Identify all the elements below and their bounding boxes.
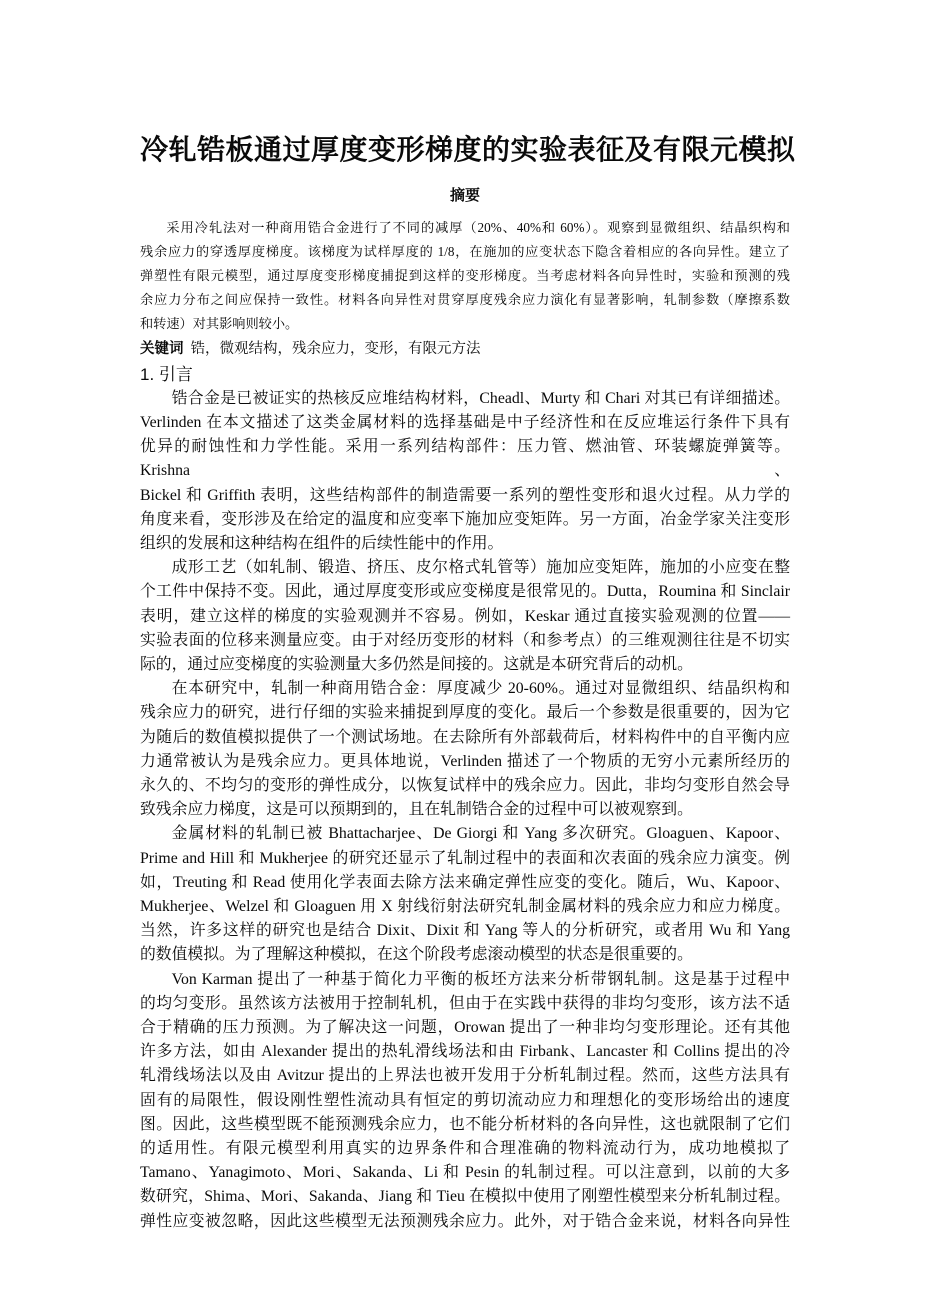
body-text-line: 个工件中保持不变。因此，通过厚度变形或应变梯度是很常见的。Dutta，Roumi…	[140, 580, 790, 604]
body-text-line: 际的，通过应变梯度的实验测量大多仍然是间接的。这就是本研究背后的动机。	[140, 653, 790, 677]
body-text-line: 合于精确的压力预测。为了解决这一问题，Orowan 提出了一种非均匀变形理论。还…	[140, 1016, 790, 1040]
body-text-line: 成形工艺（如轧制、锻造、挤压、皮尔格式轧管等）施加应变矩阵，施加的小应变在整	[140, 556, 790, 580]
abstract-line: 余应力分布之间应保持一致性。材料各向异性对贯穿厚度残余应力演化有显著影响，轧制参…	[140, 288, 790, 312]
body-text-line: 在本研究中，轧制一种商用锆合金：厚度减少 20-60%。通过对显微组织、结晶织构…	[140, 677, 790, 701]
body-text-line: 数研究，Shima、Mori、Sakanda、Jiang 和 Tieu 在模拟中…	[140, 1185, 790, 1209]
body-text-line: 致残余应力梯度，这是可以预期到的，且在轧制锆合金的过程中可以被观察到。	[140, 798, 790, 822]
body-paragraph-1: 锆合金是已被证实的热核反应堆结构材料，Cheadl、Murty 和 Chari …	[140, 387, 790, 556]
body-text-line: 实验表面的位移来测量应变。由于对经历变形的材料（和参考点）的三维观测往往是不切实	[140, 629, 790, 653]
body-text-line: 如，Treuting 和 Read 使用化学表面去除方法来确定弹性应变的变化。随…	[140, 871, 790, 895]
body-paragraph-5: Von Karman 提出了一种基于简化力平衡的板坯方法来分析带钢轧制。这是基于…	[140, 968, 790, 1234]
body-paragraph-4: 金属材料的轧制已被 Bhattacharjee、De Giorgi 和 Yang…	[140, 822, 790, 967]
body-text-line: 为随后的数值模拟提供了一个测试场地。在去除所有外部载荷后，材料构件中的自平衡内应	[140, 726, 790, 750]
body-text-line: Tamano、Yanagimoto、Mori、Sakanda、Li 和 Pesi…	[140, 1161, 790, 1185]
body-text-line: 的适用性。有限元模型利用真实的边界条件和合理准确的物料流动行为，成功地模拟了	[140, 1137, 790, 1161]
document-content: 冷轧锆板通过厚度变形梯度的实验表征及有限元模拟 摘要 采用冷轧法对一种商用锆合金…	[140, 19, 790, 1234]
body-text-line: 力通常被认为是残余应力。更具体地说，Verlinden 描述了一个物质的无穷小元…	[140, 750, 790, 774]
body-text-line: Mukherjee、Welzel 和 Gloaguen 用 X 射线衍射法研究轧…	[140, 895, 790, 919]
body-text-line: Bickel 和 Griffith 表明，这些结构部件的制造需要一系列的塑性变形…	[140, 484, 790, 508]
document-title: 冷轧锆板通过厚度变形梯度的实验表征及有限元模拟	[140, 19, 790, 167]
abstract-line: 采用冷轧法对一种商用锆合金进行了不同的减厚（20%、40%和 60%）。观察到显…	[140, 216, 790, 240]
body-text-line: 组织的发展和这种结构在组件的后续性能中的作用。	[140, 532, 790, 556]
body-paragraph-3: 在本研究中，轧制一种商用锆合金：厚度减少 20-60%。通过对显微组织、结晶织构…	[140, 677, 790, 822]
keywords-line: 关键词锆，微观结构，残余应力，变形，有限元方法	[140, 337, 790, 361]
body-paragraph-2: 成形工艺（如轧制、锻造、挤压、皮尔格式轧管等）施加应变矩阵，施加的小应变在整个工…	[140, 556, 790, 677]
body-text-line: 的数值模拟。为了理解这种模拟，在这个阶段考虑滚动模型的状态是很重要的。	[140, 943, 790, 967]
body-text-line: 表明，建立这样的梯度的实验观测并不容易。例如，Keskar 通过直接实验观测的位…	[140, 605, 790, 629]
keywords-label: 关键词	[140, 341, 184, 357]
body-text-line: Von Karman 提出了一种基于简化力平衡的板坯方法来分析带钢轧制。这是基于…	[140, 968, 790, 992]
body-text-line: 金属材料的轧制已被 Bhattacharjee、De Giorgi 和 Yang…	[140, 822, 790, 846]
abstract-line: 弹塑性有限元模型，通过厚度变形梯度捕捉到这样的变形梯度。当考虑材料各向异性时，实…	[140, 264, 790, 288]
body-text-line: 当然，许多这样的研究也是结合 Dixit、Dixit 和 Yang 等人的分析研…	[140, 919, 790, 943]
body-text-line: 轧滑线场法以及由 Avitzur 提出的上界法也被开发用于分析轧制过程。然而，这…	[140, 1064, 790, 1088]
keywords-text: 锆，微观结构，残余应力，变形，有限元方法	[191, 341, 481, 357]
document-page: 冷轧锆板通过厚度变形梯度的实验表征及有限元模拟 摘要 采用冷轧法对一种商用锆合金…	[0, 0, 926, 1309]
abstract-paragraph: 采用冷轧法对一种商用锆合金进行了不同的减厚（20%、40%和 60%）。观察到显…	[140, 216, 790, 337]
body-text-line: 固有的局限性，假设刚性塑性流动具有恒定的剪切流动应力和理想化的变形场给出的速度	[140, 1089, 790, 1113]
body-text-line: Prime and Hill 和 Mukherjee 的研究还显示了轧制过程中的…	[140, 847, 790, 871]
body-text-line: 的均匀变形。虽然该方法被用于控制轧机，但由于在实践中获得的非均匀变形，该方法不适	[140, 992, 790, 1016]
abstract-line: 残余应力的穿透厚度梯度。该梯度为试样厚度的 1/8，在施加的应变状态下隐含着相应…	[140, 240, 790, 264]
body-text-line: 残余应力的研究，进行仔细的实验来捕捉到厚度的变化。最后一个参数是很重要的，因为它	[140, 701, 790, 725]
body-text-line: 永久的、不均匀的变形的弹性成分，以恢复试样中的残余应力。因此，非均匀变形自然会导	[140, 774, 790, 798]
section-body: 锆合金是已被证实的热核反应堆结构材料，Cheadl、Murty 和 Chari …	[140, 387, 790, 1234]
abstract-heading: 摘要	[140, 186, 790, 206]
body-text-line: 弹性应变被忽略，因此这些模型无法预测残余应力。此外，对于锆合金来说，材料各向异性	[140, 1210, 790, 1234]
abstract-line: 和转速）对其影响则较小。	[140, 312, 790, 336]
body-text-line: 图。因此，这些模型既不能预测残余应力，也不能分析材料的各向异性，这也就限制了它们	[140, 1113, 790, 1137]
body-text-line: 许多方法，如由 Alexander 提出的热轧滑线场法和由 Firbank、La…	[140, 1040, 790, 1064]
section-heading-introduction: 1. 引言	[140, 363, 790, 387]
body-text-line: 角度来看，变形涉及在给定的温度和应变率下施加应变矩阵。另一方面，冶金学家关注变形	[140, 508, 790, 532]
body-text-line: 优异的耐蚀性和力学性能。采用一系列结构部件：压力管、燃油管、环装螺旋弹簧等。Kr…	[140, 435, 790, 483]
body-text-line: 锆合金是已被证实的热核反应堆结构材料，Cheadl、Murty 和 Chari …	[140, 387, 790, 411]
body-text-line: Verlinden 在本文描述了这类金属材料的选择基础是中子经济性和在反应堆运行…	[140, 411, 790, 435]
